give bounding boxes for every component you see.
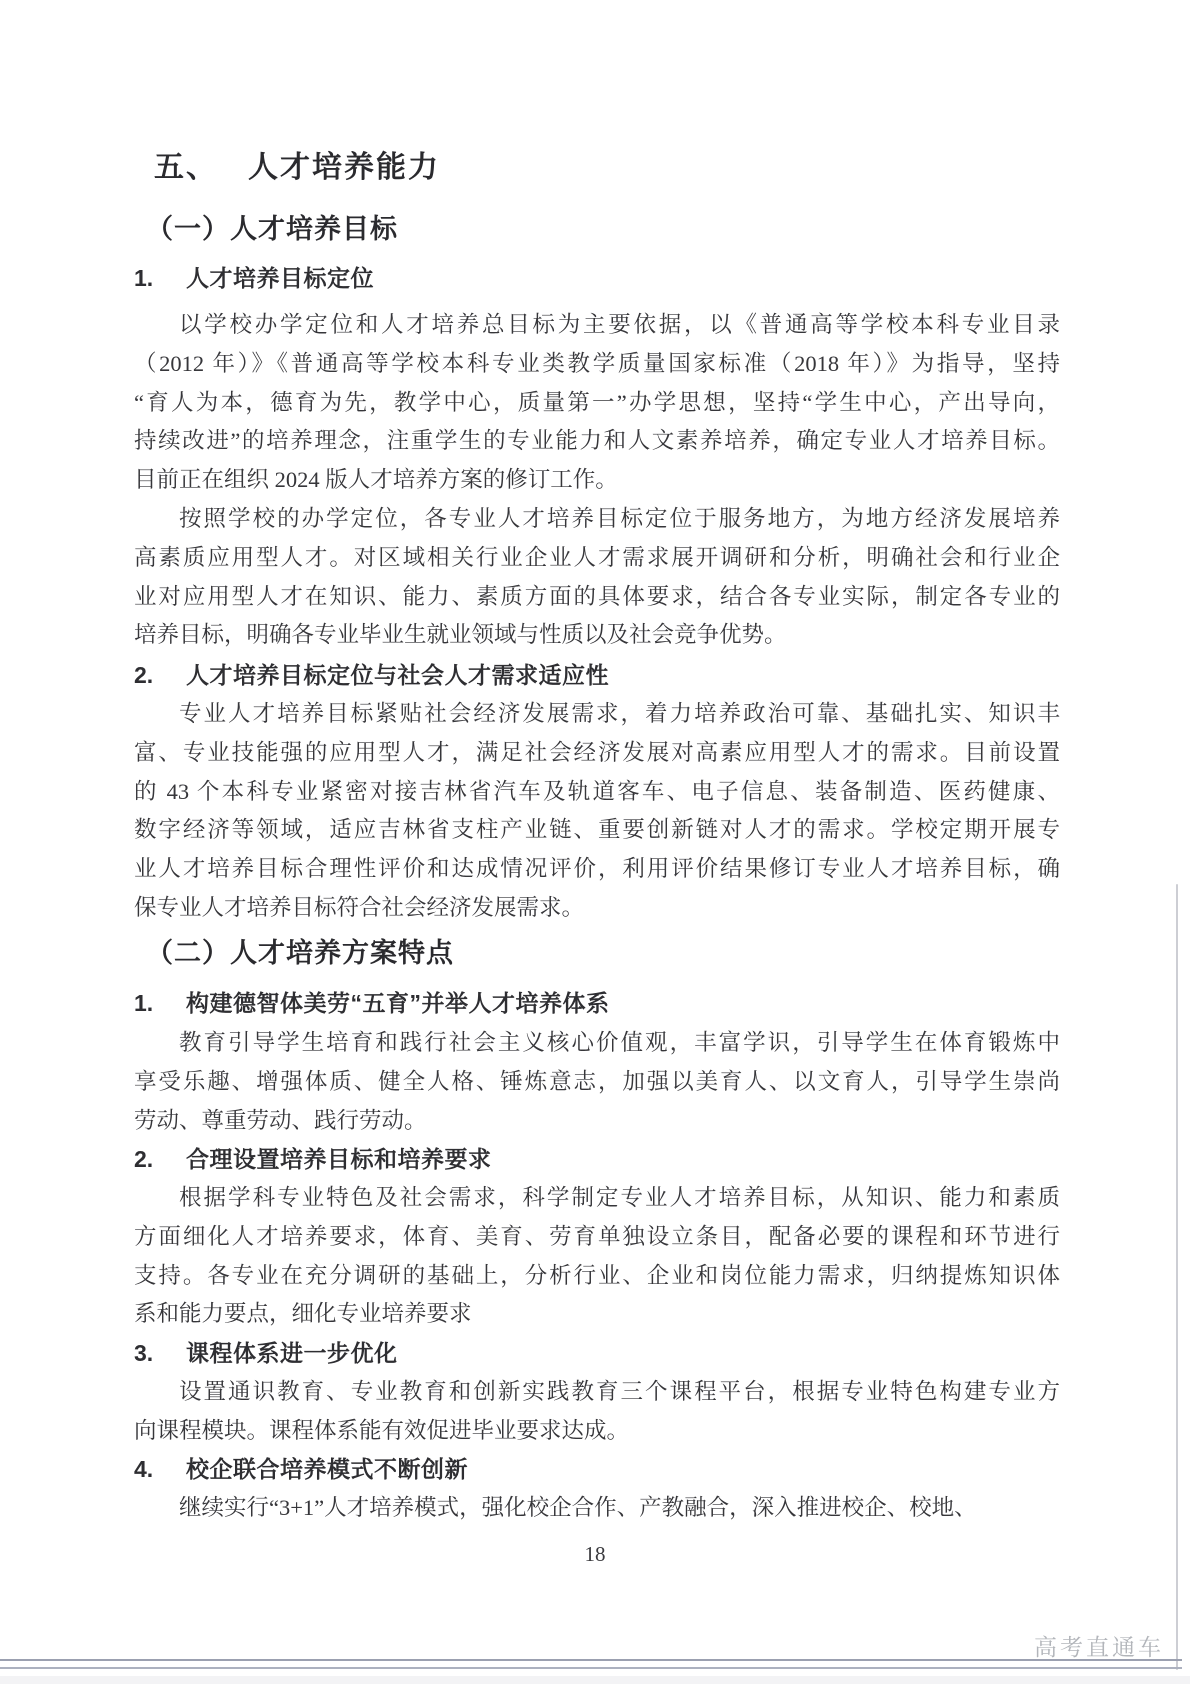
bottom-rule-2	[0, 1667, 1182, 1669]
text-line: 的 43 个本科专业紧密对接吉林省汽车及轨道客车、电子信息、装备制造、医药健康、	[134, 773, 1060, 812]
text-line: 劳动、尊重劳动、践行劳动。	[134, 1102, 1060, 1141]
item-title: 人才培养目标定位	[186, 265, 374, 291]
item-heading: 4.校企联合培养模式不断创新	[134, 1450, 1060, 1489]
item-number: 4.	[134, 1450, 186, 1489]
section-heading: （二）人才培养方案特点	[134, 932, 1072, 974]
text-line: 向课程模块。课程体系能有效促进毕业要求达成。	[134, 1412, 1060, 1451]
paragraph: 教育引导学生培育和践行社会主义核心价值观，丰富学识，引导学生在体育锻炼中享受乐趣…	[134, 1024, 1060, 1140]
document-page: 五、人才培养能力 （一）人才培养目标1.人才培养目标定位以学校办学定位和人才培养…	[0, 0, 1190, 1684]
bottom-rule-1	[0, 1659, 1182, 1661]
text-line: 方面细化人才培养要求，体育、美育、劳育单独设立条目，配备必要的课程和环节进行	[134, 1218, 1060, 1257]
text-line: 系和能力要点，细化专业培养要求	[134, 1295, 1060, 1334]
item-title: 人才培养目标定位与社会人才需求适应性	[186, 662, 609, 688]
watermark: 高考直通车	[1034, 1629, 1164, 1662]
text-line: 目前正在组织 2024 版人才培养方案的修订工作。	[134, 461, 1060, 500]
page-number: 18	[0, 1542, 1190, 1567]
item-title: 校企联合培养模式不断创新	[186, 1456, 468, 1482]
scan-edge-shadow	[0, 1676, 1190, 1684]
text-line: 业人才培养目标合理性评价和达成情况评价，利用评价结果修订专业人才培养目标，确	[134, 850, 1060, 889]
item-heading: 2.合理设置培养目标和培养要求	[134, 1140, 1060, 1179]
text-line: 设置通识教育、专业教育和创新实践教育三个课程平台，根据专业特色构建专业方	[134, 1373, 1060, 1412]
paragraph: 以学校办学定位和人才培养总目标为主要依据，以《普通高等学校本科专业目录（2012…	[134, 306, 1060, 500]
text-line: 保专业人才培养目标符合社会经济发展需求。	[134, 889, 1060, 928]
item-heading: 3.课程体系进一步优化	[134, 1334, 1060, 1373]
paragraph: 根据学科专业特色及社会需求，科学制定专业人才培养目标，从知识、能力和素质方面细化…	[134, 1179, 1060, 1334]
text-line: 富、专业技能强的应用型人才，满足社会经济发展对高素应用型人才的需求。目前设置	[134, 734, 1060, 773]
item-number: 3.	[134, 1334, 186, 1373]
section-heading: （一）人才培养目标	[134, 208, 1072, 250]
text-line: 按照学校的办学定位，各专业人才培养目标定位于服务地方，为地方经济发展培养	[134, 500, 1060, 539]
item-heading: 1.构建德智体美劳“五育”并举人才培养体系	[134, 984, 1060, 1023]
item-title: 合理设置培养目标和培养要求	[186, 1146, 492, 1172]
item-number: 1.	[134, 984, 186, 1023]
text-line: 教育引导学生培育和践行社会主义核心价值观，丰富学识，引导学生在体育锻炼中	[134, 1024, 1060, 1063]
text-line: 根据学科专业特色及社会需求，科学制定专业人才培养目标，从知识、能力和素质	[134, 1179, 1060, 1218]
text-line: 培养目标，明确各专业毕业生就业领域与性质以及社会竞争优势。	[134, 616, 1060, 655]
text-line: 继续实行“3+1”人才培养模式，强化校企合作、产教融合，深入推进校企、校地、	[134, 1489, 1060, 1528]
text-line: 持续改进”的培养理念，注重学生的专业能力和人文素养培养，确定专业人才培养目标。	[134, 422, 1060, 461]
text-line: 业对应用型人才在知识、能力、素质方面的具体要求，结合各专业实际，制定各专业的	[134, 578, 1060, 617]
text-line: “育人为本，德育为先，教学中心，质量第一”办学思想，坚持“学生中心，产出导向，	[134, 384, 1060, 423]
paragraph: 按照学校的办学定位，各专业人才培养目标定位于服务地方，为地方经济发展培养高素质应…	[134, 500, 1060, 655]
chapter-number: 五、	[154, 151, 218, 184]
chapter-title: 人才培养能力	[248, 151, 440, 184]
item-title: 构建德智体美劳“五育”并举人才培养体系	[186, 990, 610, 1016]
text-line: 以学校办学定位和人才培养总目标为主要依据，以《普通高等学校本科专业目录	[134, 306, 1060, 345]
paragraph: 继续实行“3+1”人才培养模式，强化校企合作、产教融合，深入推进校企、校地、	[134, 1489, 1060, 1528]
item-heading: 2.人才培养目标定位与社会人才需求适应性	[134, 656, 1060, 695]
item-heading: 1.人才培养目标定位	[134, 259, 1060, 298]
item-number: 1.	[134, 259, 186, 298]
page-edge-line	[1176, 884, 1178, 1670]
text-line: （2012 年）》《普通高等学校本科专业类教学质量国家标准（2018 年）》为指…	[134, 345, 1060, 384]
text-line: 高素质应用型人才。对区域相关行业企业人才需求展开调研和分析，明确社会和行业企	[134, 539, 1060, 578]
text-line: 支持。各专业在充分调研的基础上，分析行业、企业和岗位能力需求，归纳提炼知识体	[134, 1257, 1060, 1296]
text-line: 专业人才培养目标紧贴社会经济发展需求，着力培养政治可靠、基础扎实、知识丰	[134, 695, 1060, 734]
chapter-heading: 五、人才培养能力	[134, 148, 1080, 188]
text-line: 享受乐趣、增强体质、健全人格、锤炼意志，加强以美育人、以文育人，引导学生崇尚	[134, 1063, 1060, 1102]
item-title: 课程体系进一步优化	[186, 1340, 398, 1366]
text-line: 数字经济等领域，适应吉林省支柱产业链、重要创新链对人才的需求。学校定期开展专	[134, 811, 1060, 850]
item-number: 2.	[134, 656, 186, 695]
item-number: 2.	[134, 1140, 186, 1179]
paragraph: 设置通识教育、专业教育和创新实践教育三个课程平台，根据专业特色构建专业方向课程模…	[134, 1373, 1060, 1451]
paragraph: 专业人才培养目标紧贴社会经济发展需求，着力培养政治可靠、基础扎实、知识丰富、专业…	[134, 695, 1060, 928]
